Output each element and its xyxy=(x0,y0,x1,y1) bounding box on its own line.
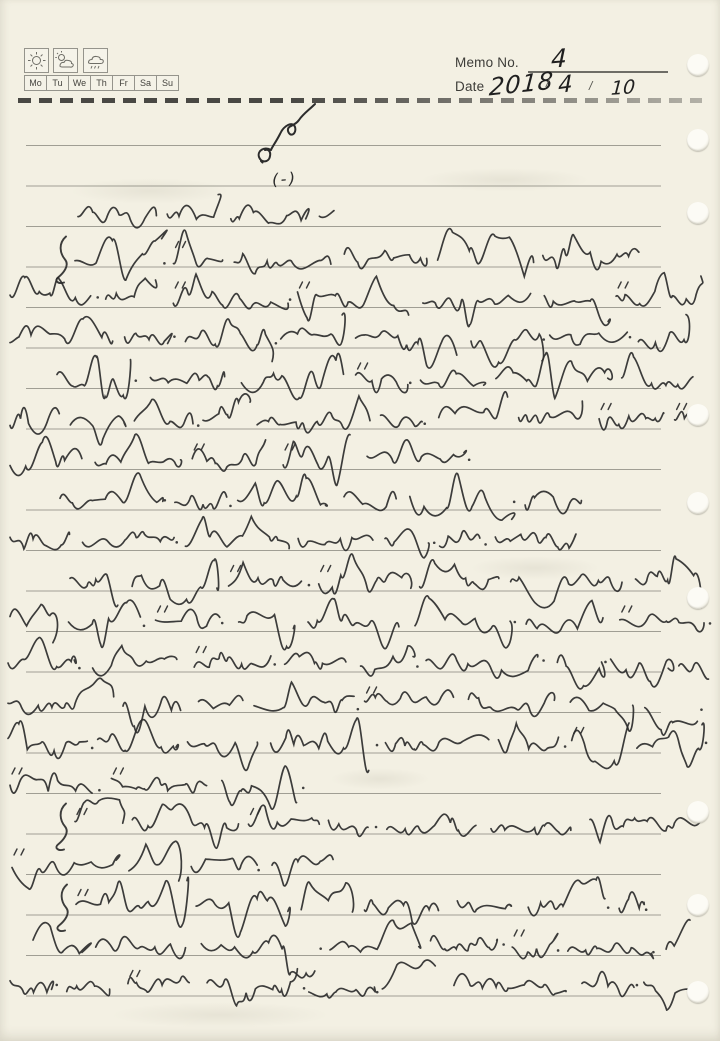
smudge xyxy=(420,168,590,192)
smudge xyxy=(110,1002,330,1028)
smudge xyxy=(470,556,600,580)
smudge xyxy=(70,178,230,204)
date-year-handwritten: 2018 xyxy=(488,66,555,101)
day-cell-tu: Tu xyxy=(46,75,69,91)
day-cell-mo: Mo xyxy=(24,75,47,91)
memo-no-label: Memo No. xyxy=(455,55,519,70)
binder-hole xyxy=(687,492,709,514)
weather-sun-box xyxy=(24,48,49,73)
day-cell-sa: Sa xyxy=(134,75,157,91)
binder-hole xyxy=(687,404,709,426)
binder-hole xyxy=(687,129,709,151)
date-month-handwritten: 4 xyxy=(558,71,572,99)
weather-rain-box xyxy=(83,48,108,73)
smudge xyxy=(330,768,430,790)
binder-hole xyxy=(687,202,709,224)
date-separator-1: / xyxy=(546,76,549,90)
date-day-handwritten: 10 xyxy=(610,76,636,100)
dashed-divider xyxy=(18,98,702,103)
binder-hole xyxy=(687,894,709,916)
day-cell-th: Th xyxy=(90,75,113,91)
memo-page: Mo Tu We Th Fr Sa Su Memo No. 4 Date 201… xyxy=(0,0,720,1041)
sun-icon xyxy=(25,49,48,72)
date-separator-2: / xyxy=(589,79,592,93)
rain-icon xyxy=(84,49,107,72)
day-of-week-strip: Mo Tu We Th Fr Sa Su xyxy=(24,75,179,91)
binder-hole xyxy=(687,54,709,76)
day-cell-we: We xyxy=(68,75,91,91)
day-cell-su: Su xyxy=(156,75,179,91)
weather-cloudy-box xyxy=(53,48,78,73)
binder-hole xyxy=(687,801,709,823)
binder-hole xyxy=(687,587,709,609)
day-cell-fr: Fr xyxy=(112,75,135,91)
partly-cloudy-icon xyxy=(54,49,77,72)
date-label: Date xyxy=(455,79,484,94)
binder-hole xyxy=(687,981,709,1003)
